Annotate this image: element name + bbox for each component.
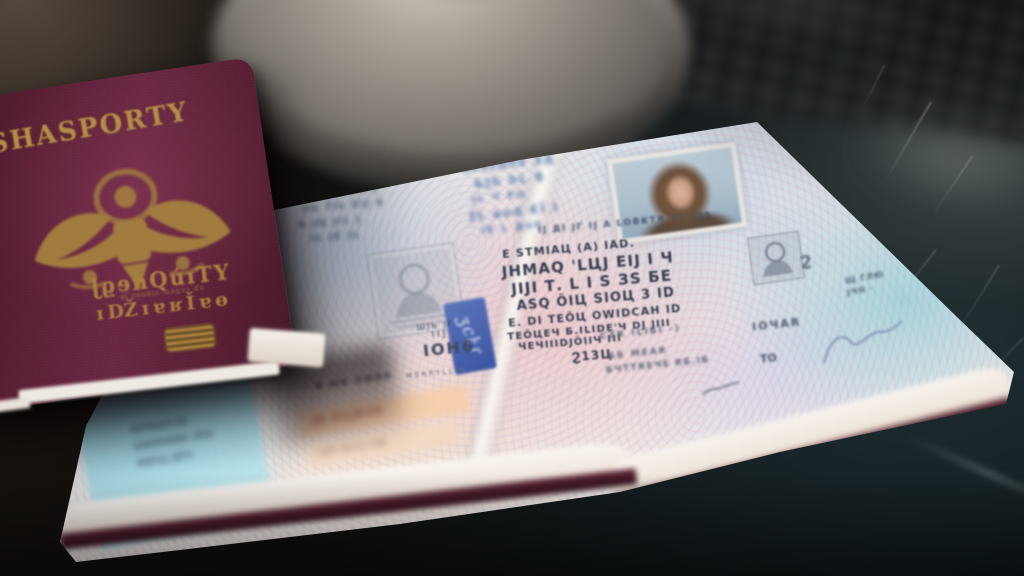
footer-word: ТО xyxy=(759,351,777,366)
closed-passport-page-stack xyxy=(247,328,325,368)
photo-passports-on-desk: MAPOШHIE Ј ЈIL TIL ЕIЈ 4 A ЈЦ ЈIL Ј IL Ј… xyxy=(0,0,1024,576)
closed-passport: ASHASPORTY ɭϱɘnQúɪTY ɞʃ ɜɞɞɞɪ xyxy=(0,57,297,416)
epassport-chip-icon xyxy=(165,324,215,351)
stamp-number: Ϩ xyxy=(799,251,812,270)
